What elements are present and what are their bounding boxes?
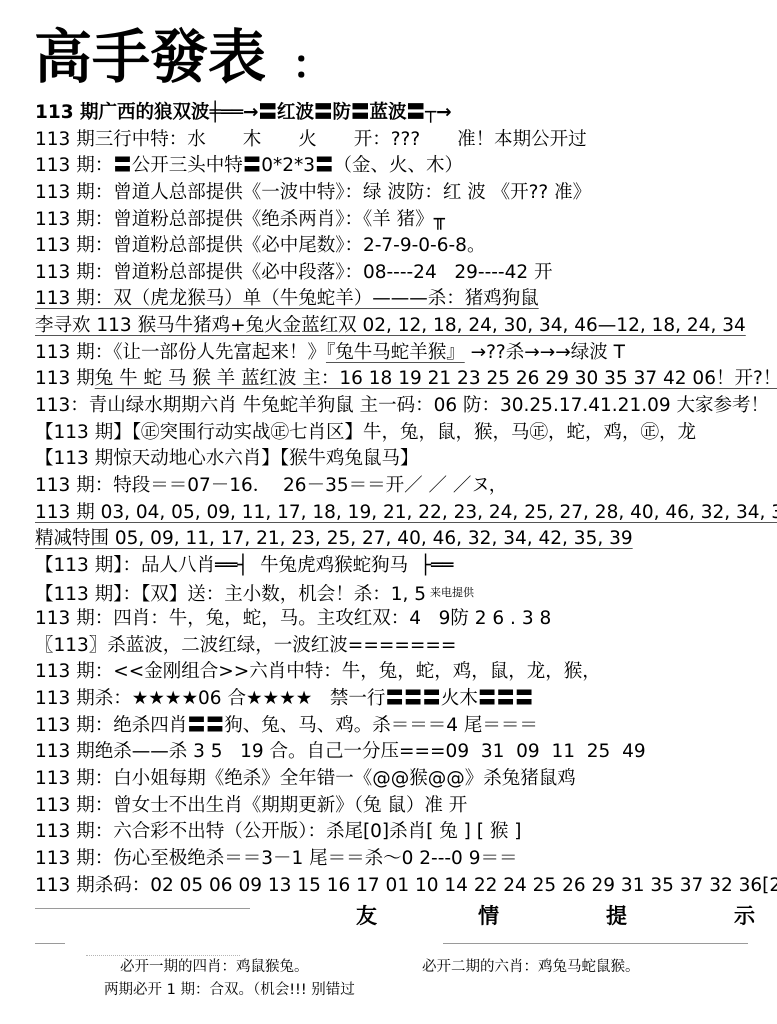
- line-text: 113 期：《让一部份人先富起来！》: [35, 342, 326, 363]
- tips-heading-char-3: 提: [606, 902, 627, 930]
- divider-left-top: [35, 908, 250, 909]
- line-text: 【113 期】：【双】送：主小数，机会！杀：1, 5: [35, 584, 426, 605]
- divider-left-short: [35, 943, 65, 944]
- source-note: 来电提供: [430, 586, 474, 599]
- line-text: 113 期：〓公开三头中特〓0*2*3〓（金、火、木）: [35, 155, 463, 176]
- line-kill-stars: 113 期杀：★★★★06 合★★★★ 禁一行〓〓〓火木〓〓〓: [35, 686, 777, 713]
- line-miss-bai: 113 期：白小姐每期《绝杀》全年错一《@@猴@@》杀兔猪鼠鸡: [35, 766, 777, 793]
- line-ms-zeng: 113 期：曾女士不出生肖《期期更新》（兔 鼠）准 开: [35, 793, 777, 820]
- line-highlight: 兔 牛 蛇 马 猴 羊 蓝红波 主：16 18 19 21 23 25 26 2…: [95, 368, 777, 389]
- line-kill-four: 113 期：绝杀四肖〓〓狗、兔、马、鸡。杀＝＝＝4 尾＝＝＝: [35, 713, 777, 740]
- line-heartbreak: 113 期：伤心至极绝杀＝＝3－1 尾＝＝杀～0 2---0 9＝＝: [35, 846, 777, 873]
- line-text: 113 期：六合彩不出特（公开版）：杀尾[0]杀肖[ 兔 ] [ 猴 ]: [35, 821, 521, 842]
- line-double-gift: 【113 期】：【双】送：主小数，机会！杀：1, 5来电提供: [35, 580, 777, 607]
- title-colon: ：: [292, 40, 332, 90]
- line-text: 113 期：曾道粉总部提供《绝杀两肖》：《羊 猪》╥: [35, 209, 445, 230]
- line-reduced-range: 精减特围 05, 09, 11, 17, 21, 23, 25, 27, 40,…: [35, 526, 777, 553]
- line-four-zodiac: 113 期：四肖：牛，兔，蛇，马。主攻红双：4 9防 2 6 . 3 8: [35, 606, 777, 633]
- line-text: 113 期：绝杀四肖〓〓狗、兔、马、鸡。杀＝＝＝4 尾＝＝＝: [35, 715, 538, 736]
- line-text: 113 期：曾女士不出生肖《期期更新》（兔 鼠）准 开: [35, 795, 467, 816]
- line-blue-red-wave: 113 期兔 牛 蛇 马 猴 羊 蓝红波 主：16 18 19 21 23 25…: [35, 366, 777, 393]
- line-text: 113：青山绿水期期六肖 牛兔蛇羊狗鼠 主一码：06 防：30.25.17.41…: [35, 395, 769, 416]
- tips-heading-char-2: 情: [478, 902, 499, 930]
- line-tail-numbers: 113 期：曾道粉总部提供《必中尾数》：2-7-9-0-6-8。: [35, 233, 777, 260]
- line-text: 113 期：特段＝＝07－16． 26－35＝＝开／ ／ ／ヌ，: [35, 475, 507, 496]
- line-green-hills: 113：青山绿水期期六肖 牛兔蛇羊狗鼠 主一码：06 防：30.25.17.41…: [35, 393, 777, 420]
- line-absolute-kill: 113 期绝杀——杀 3 5 19 合。自己一分压===09 31 09 11 …: [35, 739, 777, 766]
- line-special-segment: 113 期：特段＝＝07－16． 26－35＝＝开／ ／ ／ヌ，: [35, 473, 777, 500]
- line-kill-codes: 113 期杀码：02 05 06 09 13 15 16 17 01 10 14…: [35, 873, 777, 900]
- line-six-zodiac: 【113 期惊天动地心水六肖】【猴牛鸡兔鼠马】: [35, 446, 777, 473]
- line-eight-zodiac: 【113 期】：品人八肖══┤ 牛兔虎鸡猴蛇狗马 ├══: [35, 553, 777, 580]
- line-text: 113 期 03, 04, 05, 09, 11, 17, 18, 19, 21…: [35, 502, 777, 523]
- line-23-numbers: 113 期 03, 04, 05, 09, 11, 17, 18, 19, 21…: [35, 500, 777, 527]
- page-title: 高手發表: [34, 24, 266, 90]
- line-text: 李寻欢 113 猴马牛猪鸡+兔火金蓝红双 02, 12, 18, 24, 30,…: [35, 315, 746, 336]
- line-segments: 113 期：曾道粉总部提供《必中段落》：08----24 29----42 开: [35, 260, 777, 287]
- line-text: 113 期: [35, 368, 95, 389]
- tip-odd-even: 两期必开 1 期：合双。（机会!!! 别错过: [104, 980, 355, 1000]
- line-text: 113 期：曾道人总部提供《一波中特》：绿 波防：红 波 《开?? 准》: [35, 182, 591, 203]
- line-text: 113 期：曾道粉总部提供《必中尾数》：2-7-9-0-6-8。: [35, 235, 485, 256]
- prediction-list: 113 期广西的狼双波╪══→〓红波〓防〓蓝波〓┬→ 113 期三行中特：水 木…: [35, 100, 777, 899]
- tips-heading-char-4: 示: [734, 902, 755, 930]
- line-mark-six: 113 期：六合彩不出特（公开版）：杀尾[0]杀肖[ 兔 ] [ 猴 ]: [35, 819, 777, 846]
- line-text: 113 期杀码：02 05 06 09 13 15 16 17 01 10 14…: [35, 875, 777, 896]
- line-text: 113 期：四肖：牛，兔，蛇，马。主攻红双：4 9防 2 6 . 3 8: [35, 608, 551, 629]
- line-text: 【113 期惊天动地心水六肖】【猴牛鸡兔鼠马】: [35, 448, 418, 469]
- line-text: 113 期杀：★★★★06 合★★★★ 禁一行〓〓〓火木〓〓〓: [35, 688, 533, 709]
- divider-right: [443, 943, 748, 944]
- line-text: 113 期：双（虎龙猴马）单（牛兔蛇羊）———杀：猪鸡狗鼠: [35, 288, 539, 309]
- line-text: 113 期绝杀——杀 3 5 19 合。自己一分压===09 31 09 11 …: [35, 741, 646, 762]
- line-text-tail: →??杀→→→绿波 T: [465, 342, 625, 363]
- line-kill-two: 113 期：曾道粉总部提供《绝杀两肖》：《羊 猪》╥: [35, 207, 777, 234]
- line-highlight: 『兔牛马蛇羊猴』: [326, 342, 465, 363]
- line-text: 【113 期】：品人八肖══┤ 牛兔虎鸡猴蛇狗马 ├══: [35, 555, 453, 576]
- line-text: 精减特围 05, 09, 11, 17, 21, 23, 25, 27, 40,…: [35, 528, 633, 549]
- line-one-wave: 113 期：曾道人总部提供《一波中特》：绿 波防：红 波 《开?? 准》: [35, 180, 777, 207]
- tip-two-periods: 必开二期的六肖：鸡兔马蛇鼠猴。: [422, 957, 640, 977]
- line-odd-even: 113 期：双（虎龙猴马）单（牛兔蛇羊）———杀：猪鸡狗鼠: [35, 286, 777, 313]
- line-text: 〖113〗杀蓝波，二波红绿，一波红波=======: [35, 635, 456, 656]
- line-diamond-combo: 113 期：<<金刚组合>>六肖中特：牛，兔，蛇，鸡，鼠，龙，猴，: [35, 659, 777, 686]
- line-text: 【113 期】【㊣突围行动实战㊣七肖区】牛，兔，鼠，猴，马㊣，蛇，鸡，㊣，龙: [35, 422, 696, 443]
- line-breakout-seven: 【113 期】【㊣突围行动实战㊣七肖区】牛，兔，鼠，猴，马㊣，蛇，鸡，㊣，龙: [35, 420, 777, 447]
- line-text: 113 期：<<金刚组合>>六肖中特：牛，兔，蛇，鸡，鼠，龙，猴，: [35, 661, 601, 682]
- line-text: 113 期广西的狼双波╪══→〓红波〓防〓蓝波〓┬→: [35, 102, 452, 123]
- line-text: 113 期三行中特：水 木 火 开：??? 准！本期公开过: [35, 129, 587, 150]
- line-text: 113 期：曾道粉总部提供《必中段落》：08----24 29----42 开: [35, 262, 553, 283]
- line-text: 113 期：伤心至极绝杀＝＝3－1 尾＝＝杀～0 2---0 9＝＝: [35, 848, 517, 869]
- line-get-rich: 113 期：《让一部份人先富起来！》『兔牛马蛇羊猴』 →??杀→→→绿波 T: [35, 340, 777, 367]
- line-three-elements: 113 期三行中特：水 木 火 开：??? 准！本期公开过: [35, 127, 777, 154]
- tips-heading-char-1: 友: [356, 902, 377, 930]
- line-three-heads: 113 期：〓公开三头中特〓0*2*3〓（金、火、木）: [35, 153, 777, 180]
- line-text: 113 期：白小姐每期《绝杀》全年错一《@@猴@@》杀兔猪鼠鸡: [35, 768, 576, 789]
- line-li-xunhuan: 李寻欢 113 猴马牛猪鸡+兔火金蓝红双 02, 12, 18, 24, 30,…: [35, 313, 777, 340]
- line-guangxi-wolf: 113 期广西的狼双波╪══→〓红波〓防〓蓝波〓┬→: [35, 100, 777, 127]
- tip-one-period: 必开一期的四肖：鸡鼠猴兔。: [120, 957, 309, 977]
- dotted-decoration: [86, 955, 240, 956]
- line-kill-blue: 〖113〗杀蓝波，二波红绿，一波红波=======: [35, 633, 777, 660]
